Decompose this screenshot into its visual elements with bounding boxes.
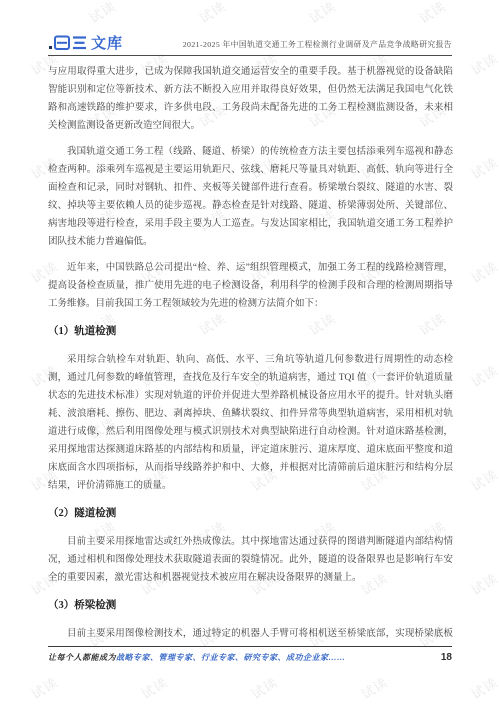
watermark-text: 试读: [247, 672, 281, 703]
watermark-text: 试读: [467, 568, 499, 599]
watermark-text: 试读: [415, 0, 449, 27]
wenku-logo: 文库: [48, 34, 123, 52]
document-page: 试读试读试读试读试读试读试读试读试读试读试读试读试读试读试读试读试读试读试读试读…: [0, 0, 499, 706]
watermark-text: 试读: [467, 48, 499, 79]
page-footer: 让每个人都能成为战略专家、管理专家、行业专家、研究专家、成功企业家…… 18: [48, 646, 452, 663]
footer-tagline: 让每个人都能成为战略专家、管理专家、行业专家、研究专家、成功企业家……: [48, 652, 346, 663]
wenku-logo-text: 文库: [91, 36, 123, 51]
paragraph: 目前主要采用探地雷达或红外热成像法。其中探地雷达通过获得的图谱判断隧道内部结构情…: [48, 533, 453, 587]
watermark-text: 试读: [467, 152, 499, 183]
section-heading-track-inspection: （1）轨道检测: [48, 323, 453, 341]
paragraph: 与应用取得重大进步，已成为保障我国轨道交通运营安全的重要手段。基于机器视觉的设备…: [48, 63, 453, 135]
document-body: 与应用取得重大进步，已成为保障我国轨道交通运营安全的重要手段。基于机器视觉的设备…: [48, 63, 453, 643]
footer-tagline-prefix: 让每个人都能成为: [48, 653, 116, 662]
wenku-logo-icon: [48, 34, 88, 52]
watermark-text: 试读: [467, 256, 499, 287]
paragraph: 我国轨道交通工务工程（线路、隧道、桥梁）的传统检查方法主要包括添乘列车巡视和静态…: [48, 143, 453, 251]
watermark-text: 试读: [195, 0, 229, 27]
watermark-text: 试读: [305, 0, 339, 27]
paragraph: 近年来，中国铁路总公司提出“检、养、运”组织管理模式，加强工务工程的线路检测管理…: [48, 259, 453, 313]
footer-tagline-highlight: 战略专家、管理专家、行业专家、研究专家、成功企业家……: [116, 653, 346, 662]
paragraph: 目前主要采用图像检测技术，通过特定的机器人手臂可将相机送至桥梁底部，实现桥梁底板…: [48, 625, 453, 643]
report-title: 2021-2025 年中国轨道交通工务工程检测行业调研及产品竞争战略研究报告: [183, 39, 452, 52]
watermark-text: 试读: [467, 360, 499, 391]
page-header: 文库 2021-2025 年中国轨道交通工务工程检测行业调研及产品竞争战略研究报…: [48, 24, 452, 52]
section-heading-bridge-inspection: （3）桥梁检测: [48, 597, 453, 615]
watermark-text: 试读: [85, 0, 119, 27]
page-number: 18: [441, 652, 452, 663]
watermark-text: 试读: [357, 672, 391, 703]
watermark-text: 试读: [137, 672, 171, 703]
watermark-text: 试读: [467, 672, 499, 703]
watermark-text: 试读: [467, 464, 499, 495]
section-heading-tunnel-inspection: （2）隧道检测: [48, 505, 453, 523]
watermark-text: 试读: [27, 672, 61, 703]
paragraph: 采用综合轨检车对轨距、轨向、高低、水平、三角坑等轨道几何参数进行周期性的动态检测…: [48, 351, 453, 495]
header-rule: [48, 55, 452, 56]
